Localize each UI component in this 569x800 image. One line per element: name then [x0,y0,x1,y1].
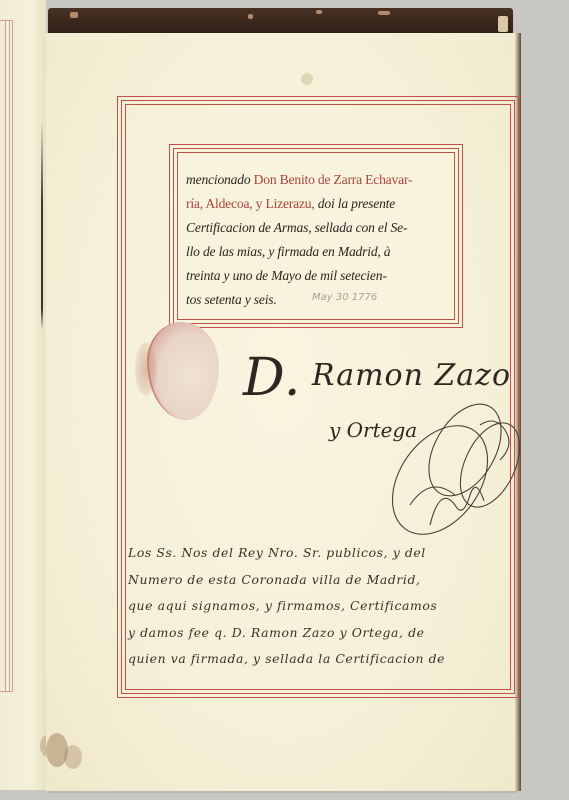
printed-line: ría, Aldecoa, y Lizerazu, doi la present… [186,192,461,216]
attestation-line: quien va firmada, y sellada la Certifica… [128,646,513,673]
binding-wear [378,11,390,15]
printed-line: Certificacion de Armas, sellada con el S… [186,216,461,240]
attestation-line: y damos fee q. D. Ramon Zazo y Ortega, d… [128,620,513,647]
binding-wear [248,14,253,19]
printed-line: mencionado Don Benito de Zarra Echavar- [186,168,461,192]
facing-page-border [0,20,13,692]
attestation-line: Los Ss. Nos del Rey Nro. Sr. publicos, y… [128,540,513,567]
notarial-attestation: Los Ss. Nos del Rey Nro. Sr. publicos, y… [128,540,513,673]
binding-wear [70,12,78,18]
printed-line: treinta y uno de Mayo de mil setecien- [186,264,461,288]
signature-rubric-flourish [370,395,540,545]
seal-residue [135,342,157,396]
attestation-line: Numero de esta Coronada villa de Madrid, [128,567,513,594]
binding-wear [498,16,508,32]
facing-page-edge [0,0,46,790]
printed-line: llo de las mias, y firmada en Madrid, à [186,240,461,264]
pencil-date-annotation: May 30 1776 [312,292,377,303]
printed-certificate-text: mencionado Don Benito de Zarra Echavar- … [186,168,461,312]
gutter-crack [41,120,43,330]
leather-binding-head [48,8,513,34]
foxing-stain [64,745,82,769]
foxing-spot [301,73,313,85]
binding-wear [316,10,322,14]
attestation-line: que aqui signamos, y firmamos, Certifica… [128,593,513,620]
